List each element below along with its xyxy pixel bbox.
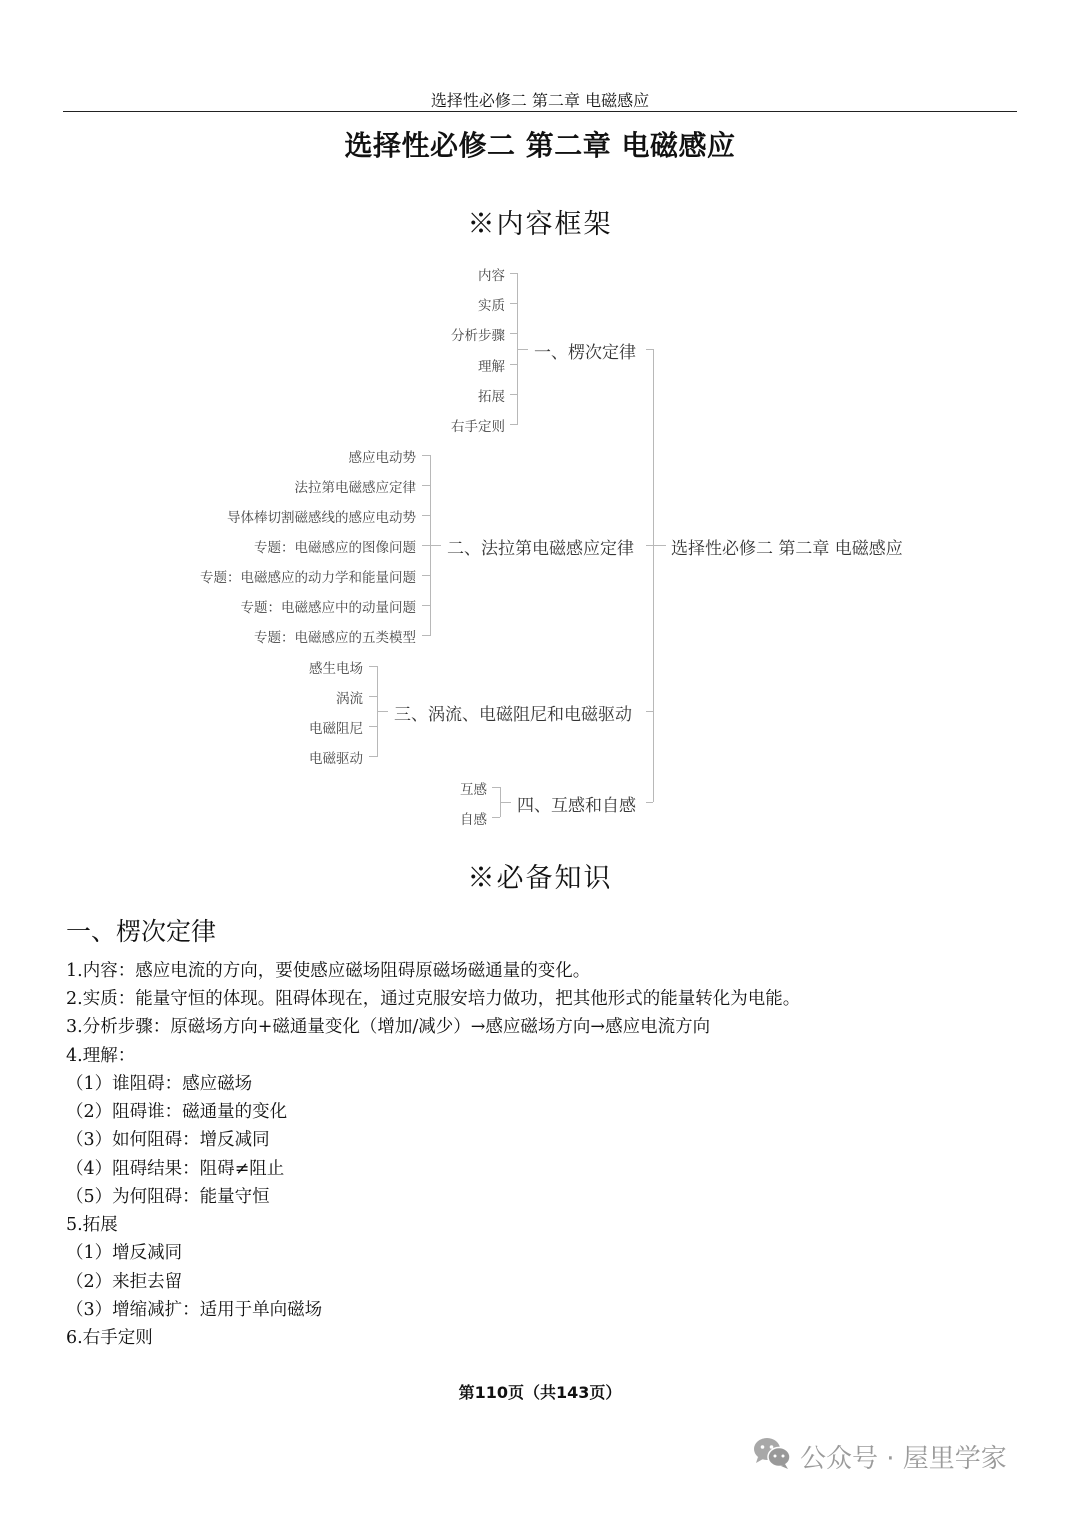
connector-line [646, 711, 653, 712]
connector-line [492, 787, 500, 788]
body-line: 5.拓展 [66, 1211, 118, 1239]
mindmap-leaf: 自感 [460, 808, 487, 828]
mindmap-branch: 三、涡流、电磁阻尼和电磁驱动 [394, 700, 632, 725]
connector-line [369, 756, 377, 757]
wechat-icon [752, 1436, 792, 1477]
document-title: 选择性必修二 第二章 电磁感应 [0, 124, 1080, 164]
mindmap-leaf: 理解 [478, 355, 505, 375]
mindmap-leaf: 涡流 [336, 687, 363, 707]
connector-line [510, 364, 517, 365]
body-line: （1）谁阻碍：感应磁场 [66, 1070, 252, 1098]
mindmap-leaf: 分析步骤 [451, 324, 505, 344]
connector-line [501, 802, 511, 803]
mindmap-leaf: 感应电动势 [349, 446, 417, 466]
mindmap-branch: 一、楞次定律 [534, 338, 636, 363]
watermark-text: 公众号 · 屋里学家 [800, 1438, 1007, 1475]
body-line: （2）来拒去留 [66, 1268, 182, 1296]
connector-line [422, 485, 430, 486]
connector-line [422, 515, 430, 516]
body-line: 3.分析步骤：原磁场方向+磁通量变化（增加/减少）→感应磁场方向→感应电流方向 [66, 1013, 710, 1041]
connector-line [422, 635, 430, 636]
page-number: 第110页（共143页） [0, 1380, 1080, 1403]
connector-line [422, 575, 430, 576]
connector-line [510, 303, 517, 304]
connector-line [431, 545, 441, 546]
body-line: 2.实质：能量守恒的体现。阻碍体现在，通过克服安培力做功，把其他形式的能量转化为… [66, 985, 800, 1013]
connector-line [510, 424, 517, 425]
body-line: （3）增缩减扩：适用于单向磁场 [66, 1296, 322, 1324]
connector-line [646, 545, 653, 546]
section-title: 一、楞次定律 [66, 912, 216, 948]
mindmap-leaf: 导体棒切割磁感线的感应电动势 [227, 506, 416, 526]
connector-line [369, 696, 377, 697]
mindmap-leaf: 电磁驱动 [309, 747, 363, 767]
mindmap-branch: 二、法拉第电磁感应定律 [447, 534, 634, 559]
mindmap-leaf: 感生电场 [309, 657, 363, 677]
body-line: （5）为何阻碍：能量守恒 [66, 1183, 270, 1211]
connector-line [510, 273, 517, 274]
mindmap-leaf: 互感 [460, 778, 487, 798]
connector-line [492, 817, 500, 818]
connector-line [422, 605, 430, 606]
connector-line [422, 545, 430, 546]
mindmap-leaf: 法拉第电磁感应定律 [295, 476, 417, 496]
header-rule [63, 111, 1017, 112]
body-line: （1）增反减同 [66, 1239, 182, 1267]
connector-line [369, 666, 377, 667]
mindmap-leaf: 实质 [478, 294, 505, 314]
body-line: （4）阻碍结果：阻碍≠阻止 [66, 1155, 284, 1183]
body-line: （2）阻碍谁：磁通量的变化 [66, 1098, 287, 1126]
body-line: 6.右手定则 [66, 1324, 153, 1352]
connector-line [653, 349, 654, 802]
body-line: 1.内容：感应电流的方向，要使感应磁场阻碍原磁场磁通量的变化。 [66, 957, 590, 985]
mindmap-leaf: 专题：电磁感应中的动量问题 [241, 596, 417, 616]
connector-line [654, 545, 666, 546]
connector-line [369, 726, 377, 727]
body-line: 4.理解： [66, 1042, 135, 1070]
connector-line [510, 394, 517, 395]
mindmap-branch: 四、互感和自感 [517, 791, 636, 816]
mindmap-leaf: 内容 [478, 264, 505, 284]
mindmap-leaf: 右手定则 [451, 415, 505, 435]
mindmap-leaf: 专题：电磁感应的图像问题 [254, 536, 416, 556]
connector-line [646, 802, 653, 803]
mindmap-root: 选择性必修二 第二章 电磁感应 [671, 534, 903, 559]
connector-line [510, 333, 517, 334]
mindmap-leaf: 拓展 [478, 385, 505, 405]
connector-line [518, 349, 528, 350]
connector-line [646, 349, 653, 350]
body-line: （3）如何阻碍：增反减同 [66, 1126, 270, 1154]
watermark: 公众号 · 屋里学家 [752, 1436, 1007, 1477]
connector-line [378, 711, 388, 712]
mindmap-leaf: 专题：电磁感应的五类模型 [254, 626, 416, 646]
running-header: 选择性必修二 第二章 电磁感应 [0, 88, 1080, 111]
knowledge-heading: ※必备知识 [0, 856, 1080, 895]
connector-line [422, 455, 430, 456]
mindmap-leaf: 电磁阻尼 [309, 717, 363, 737]
mindmap-leaf: 专题：电磁感应的动力学和能量问题 [200, 566, 416, 586]
framework-heading: ※内容框架 [0, 202, 1080, 241]
